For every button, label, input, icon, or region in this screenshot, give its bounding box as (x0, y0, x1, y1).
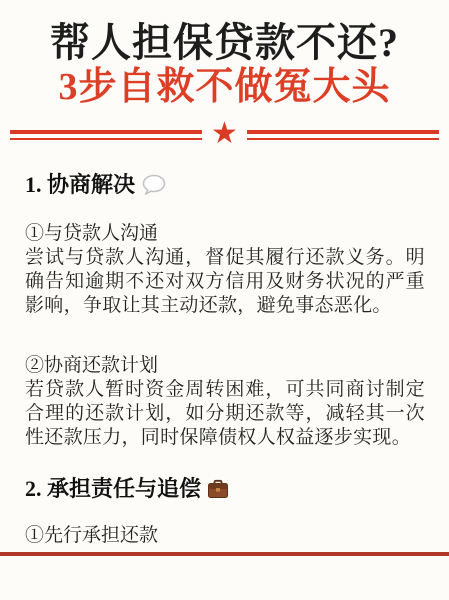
section-2-heading-text: 2. 承担责任与追偿 (25, 476, 201, 502)
divider-rule-left (10, 130, 202, 140)
section-1-heading-text: 1. 协商解决 (25, 172, 135, 198)
bottom-rule (0, 552, 449, 556)
star-icon: ★ (211, 123, 238, 145)
speech-bubble-icon (141, 174, 167, 196)
sub-item-2-1-title: ①先行承担还款 (25, 524, 425, 548)
sub-item-1-1-title: ①与贷款人沟通 (25, 222, 425, 246)
star-divider: ★ (10, 124, 439, 146)
section-2-heading: 2. 承担责任与追偿 (25, 476, 425, 502)
poster-card: 帮人担保贷款不还? 3步自救不做冤大头 ★ 1. 协商解决 ①与贷款人沟通 尝试… (0, 0, 449, 600)
poster-content: 1. 协商解决 ①与贷款人沟通 尝试与贷款人沟通，督促其履行还款义务。明确告知逾… (0, 172, 449, 548)
poster-title-line2: 3步自救不做冤大头 (0, 66, 449, 108)
sub-item-1-2-title: ②协商还款计划 (25, 354, 425, 378)
briefcase-icon (207, 479, 229, 499)
title-block: 帮人担保贷款不还? 3步自救不做冤大头 (0, 0, 449, 108)
divider-rule-right (247, 130, 439, 140)
sub-item-1-1-body: 尝试与贷款人沟通，督促其履行还款义务。明确告知逾期不还对双方信用及财务状况的严重… (25, 246, 425, 318)
poster-title-line1: 帮人担保贷款不还? (0, 20, 449, 66)
section-1-heading: 1. 协商解决 (25, 172, 425, 198)
sub-item-1-2-body: 若贷款人暂时资金周转困难，可共同商讨制定合理的还款计划，如分期还款等，减轻其一次… (25, 378, 425, 450)
